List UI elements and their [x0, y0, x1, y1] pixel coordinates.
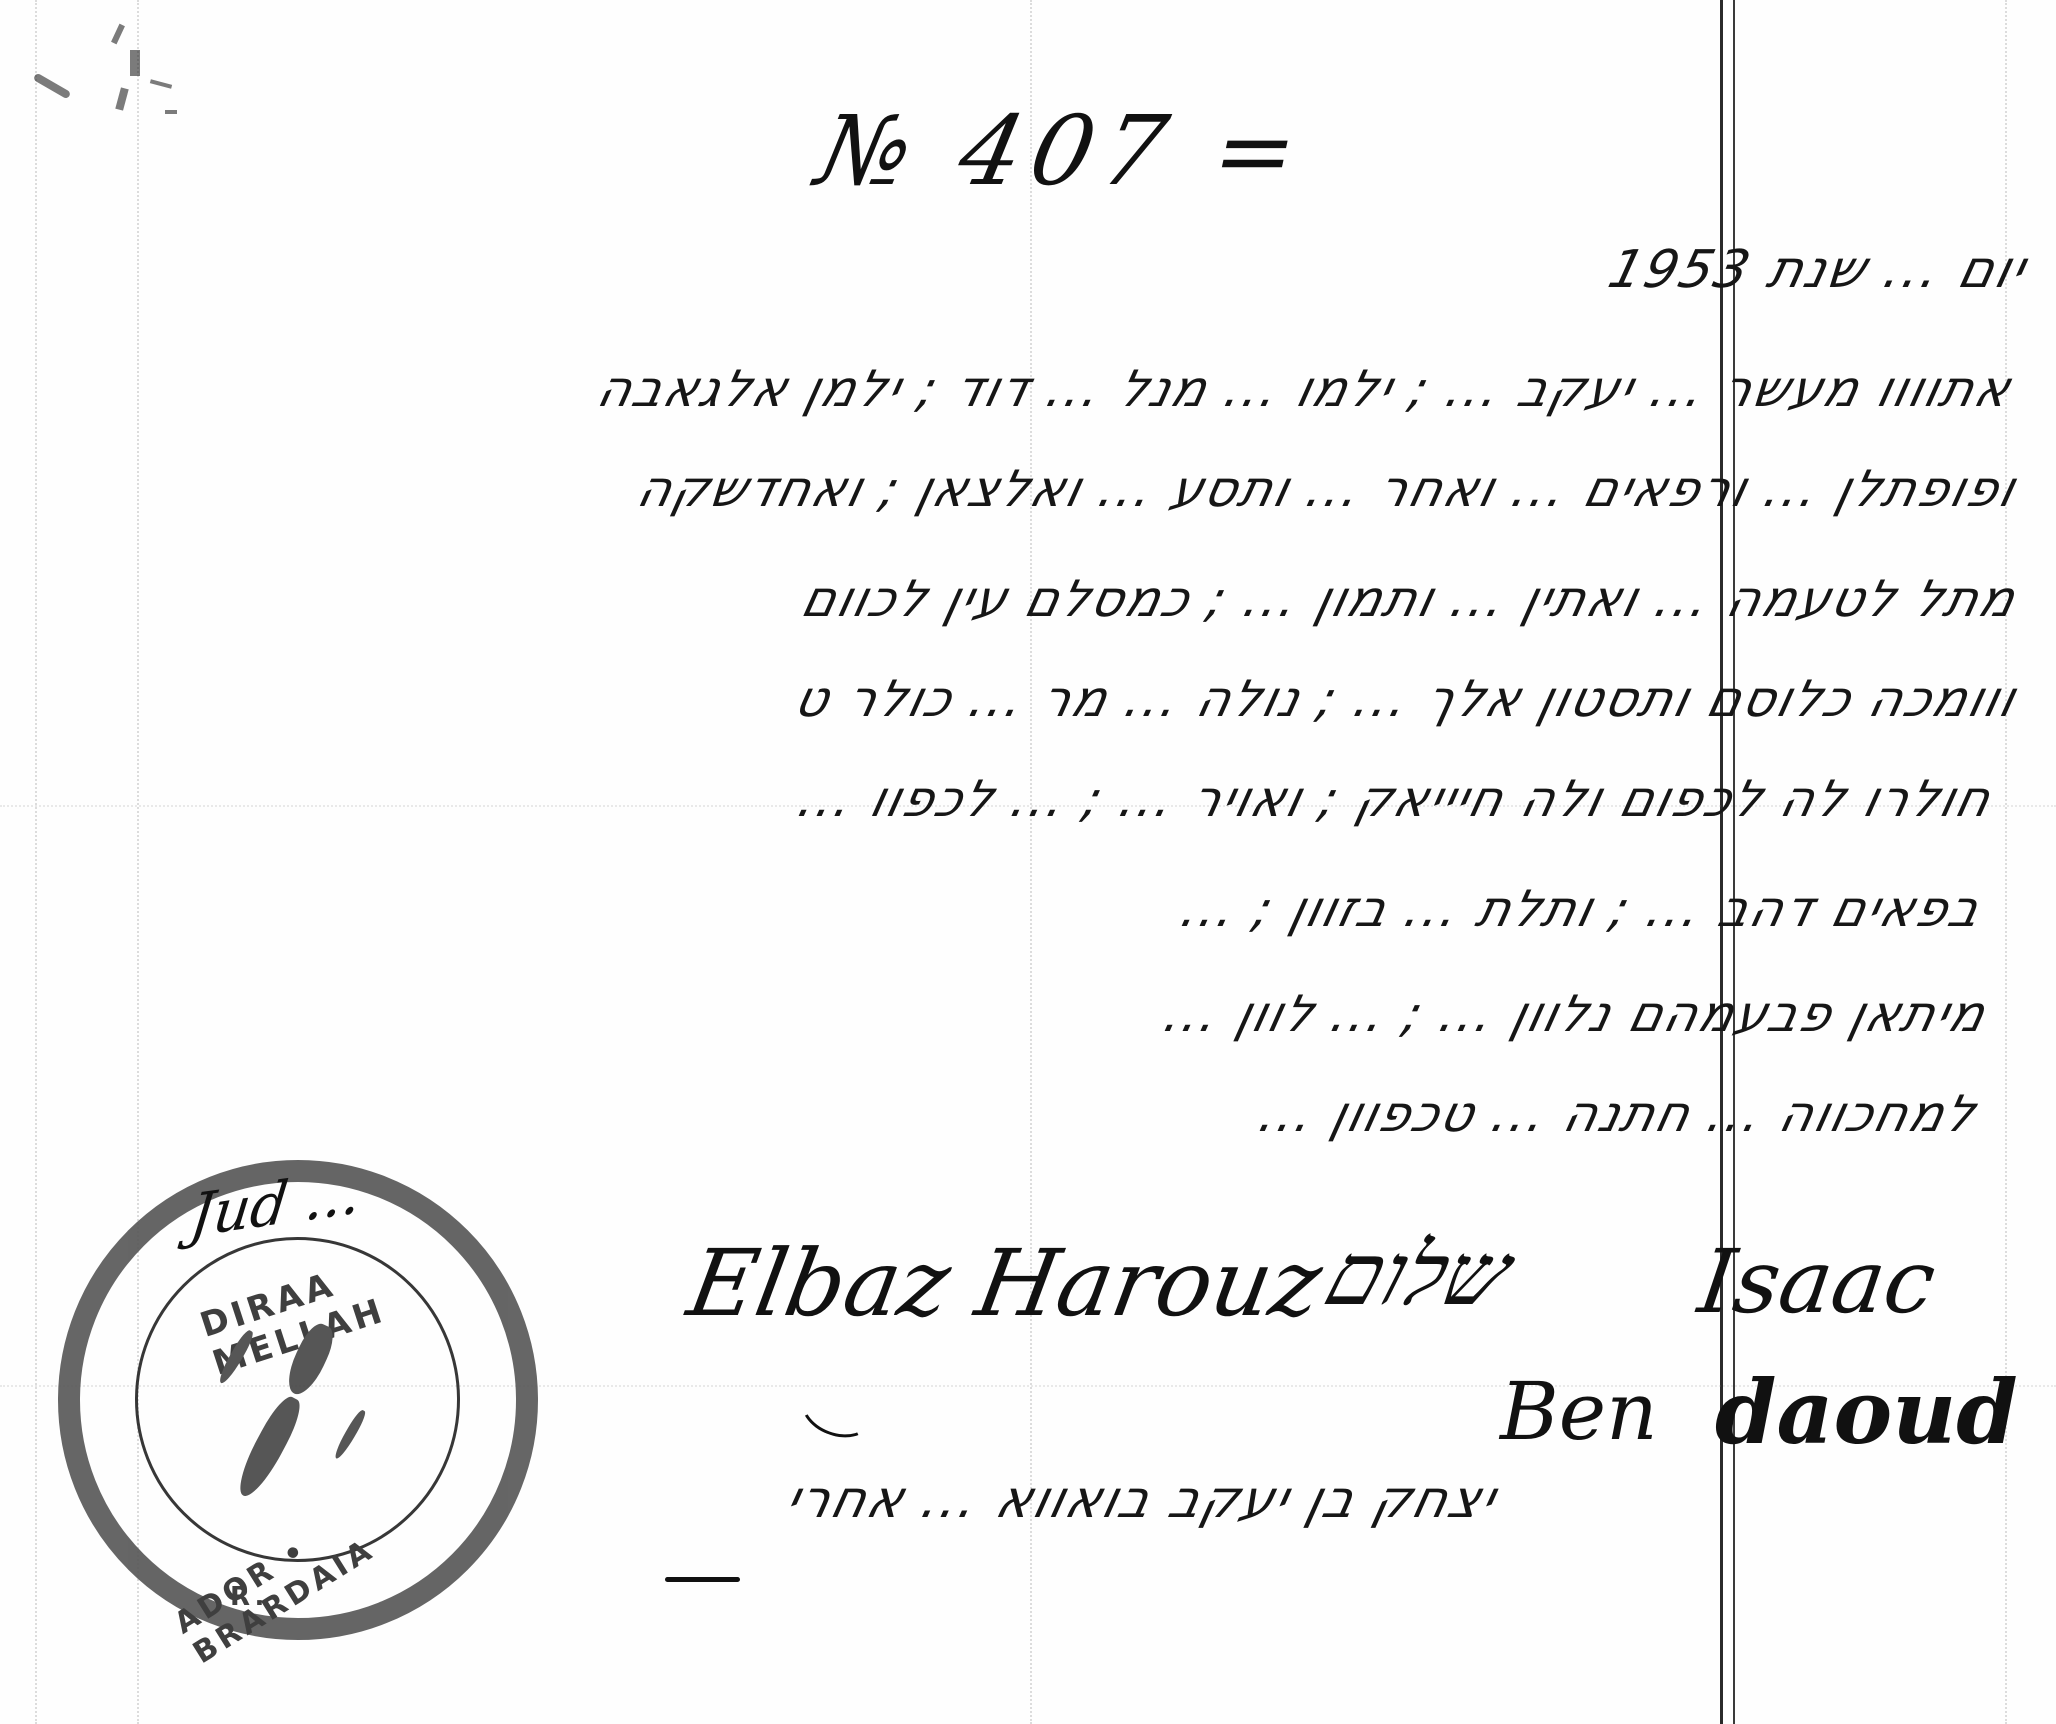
signature-daoud: daoud [1715, 1360, 2018, 1464]
body-line: ופופתלן ... ורפאים ... ואחר ... ותסע ...… [632, 460, 2023, 518]
body-line: ווומכה כלוסם ותסטון אלך ... ; נולה ... מ… [789, 670, 2024, 728]
body-line: חולרו לה לכפום ולה חיייאק ; ואויר ... ; … [792, 770, 1998, 828]
signature-elbaz-harouz: Elbaz Harouz [681, 1230, 1330, 1337]
signature-ben: Ben [1500, 1365, 1658, 1458]
hebrew-signature-line: יצחק בן יעקב בואווא ... אחרי [780, 1470, 1504, 1530]
body-line: בפאים דהב ... ; ותלת ... בזוון ; ... [1176, 880, 1988, 938]
body-line: אתוווו מעשר ... יעקב ... ; ילמו ... מנל … [592, 360, 2018, 418]
stamp-text-fragment: R. [230, 1582, 268, 1612]
corner-marks [20, 10, 190, 130]
date-line: יום ... שנת 1953 [1603, 240, 2034, 300]
signature-flourish [793, 1369, 884, 1448]
signature-hebrew-scrawl: שלום [1314, 1225, 1523, 1325]
fold-line [35, 0, 37, 1724]
scanned-document-page: № 407 = יום ... שנת 1953 אתוווו מעשר ...… [0, 0, 2056, 1724]
document-number: № 407 = [808, 95, 1317, 207]
body-line: למחכווה ... חתנה ... טכפוון ... [1254, 1085, 1984, 1143]
body-line: מיתאן פבעמהם נלוון ... ; ... לוון ... [1159, 985, 1993, 1043]
signature-isaac: Isaac [1693, 1230, 1942, 1333]
fold-line [1030, 0, 1032, 1724]
body-line: מתל לטעמה ... ואתין ... ותמון ... ; כמסל… [796, 570, 2024, 628]
signature-underline [665, 1577, 740, 1582]
